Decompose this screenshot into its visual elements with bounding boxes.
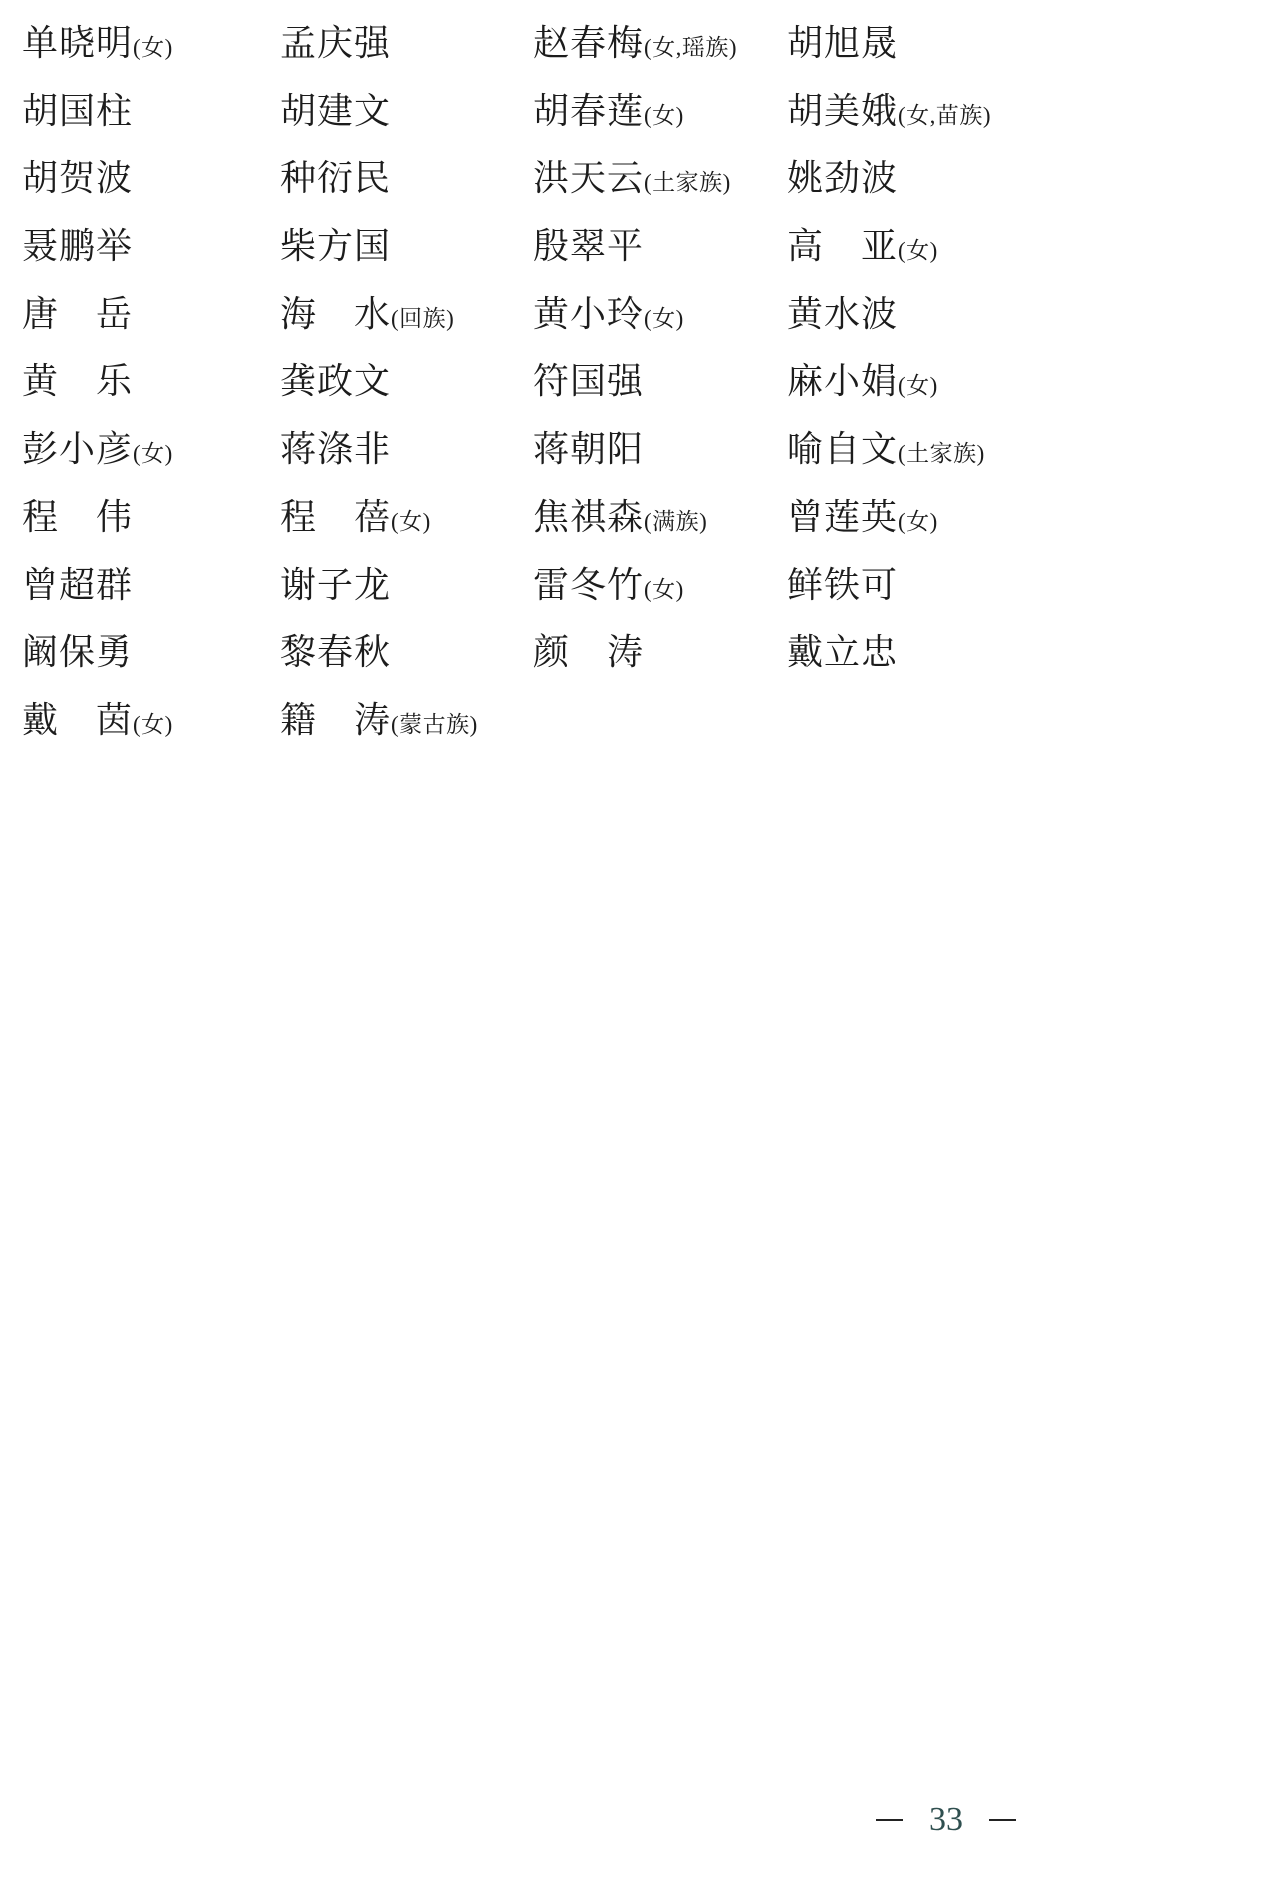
name-entry: 聂鹏举: [22, 213, 280, 281]
person-name: 彭小彦: [22, 429, 133, 469]
footer-dash-right-icon: [989, 1819, 1016, 1821]
name-entry: 柴方国: [280, 213, 533, 281]
person-note: (回族): [391, 306, 454, 331]
person-name: 龚政文: [280, 361, 391, 401]
person-name: 柴方国: [280, 226, 391, 266]
name-entry: 单晓明(女): [22, 10, 280, 78]
name-entry: 戴立忠: [787, 619, 1032, 687]
person-name: 胡贺波: [22, 158, 133, 198]
person-note: (女,苗族): [898, 103, 991, 128]
name-entry: 彭小彦(女): [22, 416, 280, 484]
name-entry: 蒋朝阳: [533, 416, 787, 484]
person-note: (女): [644, 103, 684, 128]
name-entry: 蒋涤非: [280, 416, 533, 484]
name-entry: 戴 茵(女): [22, 687, 280, 755]
name-entry: 喻自文(土家族): [787, 416, 1032, 484]
person-note: (女,瑶族): [644, 35, 737, 60]
person-name: 黄水波: [787, 294, 898, 334]
name-entry: 曾超群: [22, 552, 280, 620]
person-name: 曾超群: [22, 565, 133, 605]
person-name: 黄 乐: [22, 361, 133, 401]
person-name: 种衍民: [280, 158, 391, 198]
person-name: 焦祺森: [533, 497, 644, 537]
person-note: (女): [644, 306, 684, 331]
page-footer: 33: [876, 1798, 1016, 1842]
person-note: (女): [644, 577, 684, 602]
person-name: 胡旭晟: [787, 23, 898, 63]
name-entry: 胡建文: [280, 78, 533, 146]
person-note: (女): [133, 35, 173, 60]
person-name: 籍 涛: [280, 700, 391, 740]
name-entry: 唐 岳: [22, 281, 280, 349]
name-entry: 焦祺森(满族): [533, 484, 787, 552]
person-name: 程 蓓: [280, 497, 391, 537]
name-entry: 高 亚(女): [787, 213, 1032, 281]
person-name: 黎春秋: [280, 632, 391, 672]
name-entry: 程 蓓(女): [280, 484, 533, 552]
name-entry: 赵春梅(女,瑶族): [533, 10, 787, 78]
person-name: 胡建文: [280, 91, 391, 131]
name-entry: 鲜铁可: [787, 552, 1032, 620]
name-entry: 籍 涛(蒙古族): [280, 687, 533, 755]
person-name: 孟庆强: [280, 23, 391, 63]
person-name: 胡美娥: [787, 91, 898, 131]
person-note: (满族): [644, 509, 707, 534]
person-name: 曾莲英: [787, 497, 898, 537]
name-entry: 海 水(回族): [280, 281, 533, 349]
name-entry: 黄 乐: [22, 348, 280, 416]
name-entry: 雷冬竹(女): [533, 552, 787, 620]
name-entry: 麻小娟(女): [787, 348, 1032, 416]
person-name: 谢子龙: [280, 565, 391, 605]
name-entry: 胡春莲(女): [533, 78, 787, 146]
person-name: 蒋朝阳: [533, 429, 644, 469]
person-name: 高 亚: [787, 226, 898, 266]
person-name: 聂鹏举: [22, 226, 133, 266]
name-entry: 龚政文: [280, 348, 533, 416]
person-note: (女): [898, 373, 938, 398]
person-name: 胡春莲: [533, 91, 644, 131]
person-name: 姚劲波: [787, 158, 898, 198]
name-entry: 黄水波: [787, 281, 1032, 349]
person-name: 符国强: [533, 361, 644, 401]
document-page: 单晓明(女)孟庆强赵春梅(女,瑶族)胡旭晟胡国柱胡建文胡春莲(女)胡美娥(女,苗…: [0, 0, 1277, 1889]
name-list-grid: 单晓明(女)孟庆强赵春梅(女,瑶族)胡旭晟胡国柱胡建文胡春莲(女)胡美娥(女,苗…: [22, 10, 1032, 755]
page-number: 33: [929, 1798, 963, 1842]
person-note: (女): [133, 441, 173, 466]
person-note: (女): [391, 509, 431, 534]
person-note: (蒙古族): [391, 712, 478, 737]
person-name: 洪天云: [533, 158, 644, 198]
person-note: (女): [898, 238, 938, 263]
person-name: 戴 茵: [22, 700, 133, 740]
person-name: 海 水: [280, 294, 391, 334]
name-entry: 殷翠平: [533, 213, 787, 281]
name-entry: 种衍民: [280, 145, 533, 213]
person-name: 麻小娟: [787, 361, 898, 401]
name-entry: 阚保勇: [22, 619, 280, 687]
person-name: 喻自文: [787, 429, 898, 469]
name-entry: 颜 涛: [533, 619, 787, 687]
name-entry: 胡旭晟: [787, 10, 1032, 78]
name-entry: 黎春秋: [280, 619, 533, 687]
person-name: 程 伟: [22, 497, 133, 537]
name-entry: 胡国柱: [22, 78, 280, 146]
person-name: 戴立忠: [787, 632, 898, 672]
person-name: 阚保勇: [22, 632, 133, 672]
footer-dash-left-icon: [876, 1819, 903, 1821]
name-entry: 黄小玲(女): [533, 281, 787, 349]
person-name: 殷翠平: [533, 226, 644, 266]
person-name: 颜 涛: [533, 632, 644, 672]
person-name: 雷冬竹: [533, 565, 644, 605]
person-note: (土家族): [898, 441, 985, 466]
name-entry: 程 伟: [22, 484, 280, 552]
name-entry: 孟庆强: [280, 10, 533, 78]
person-name: 黄小玲: [533, 294, 644, 334]
name-entry: 符国强: [533, 348, 787, 416]
person-name: 单晓明: [22, 23, 133, 63]
name-entry: 曾莲英(女): [787, 484, 1032, 552]
person-note: (女): [133, 712, 173, 737]
person-name: 赵春梅: [533, 23, 644, 63]
person-name: 唐 岳: [22, 294, 133, 334]
person-name: 蒋涤非: [280, 429, 391, 469]
name-entry: 胡美娥(女,苗族): [787, 78, 1032, 146]
person-note: (女): [898, 509, 938, 534]
person-note: (土家族): [644, 170, 731, 195]
person-name: 胡国柱: [22, 91, 133, 131]
name-entry: 胡贺波: [22, 145, 280, 213]
person-name: 鲜铁可: [787, 565, 898, 605]
name-entry: 谢子龙: [280, 552, 533, 620]
name-entry: 洪天云(土家族): [533, 145, 787, 213]
name-entry: 姚劲波: [787, 145, 1032, 213]
